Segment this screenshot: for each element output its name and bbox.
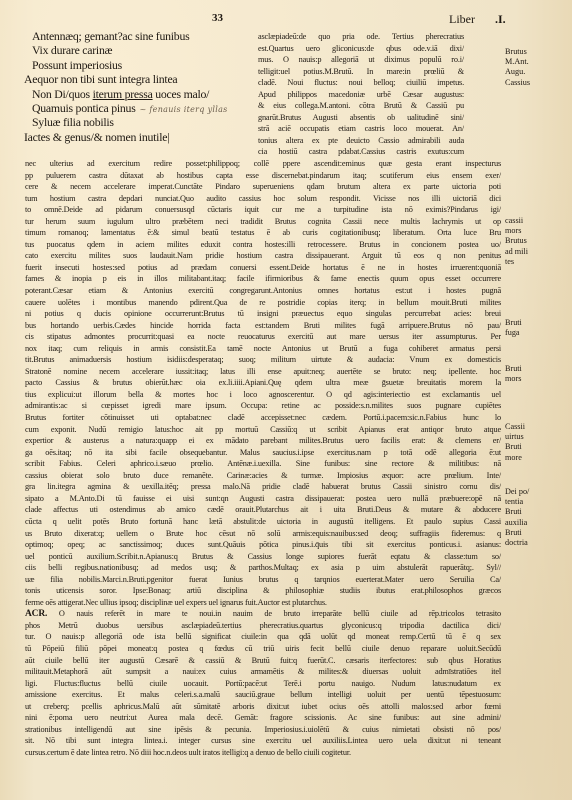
margin-note-line: more xyxy=(505,453,567,463)
commentary-line: Apud philippos macedoniæ urbē Cæsar augu… xyxy=(258,89,464,101)
underlined-phrase: iterum pressa xyxy=(93,87,153,101)
commentary-line: tonius altera ex pte deuicto Cassio admi… xyxy=(258,135,464,147)
book-page: 33 Liber.I. Antennæq; gemant?ac sine fun… xyxy=(0,0,572,800)
verse-line: Antennæq; gemant?ac sine funibus xyxy=(24,29,256,43)
paragraph-mark-initial: ACR. xyxy=(25,609,47,619)
margin-note-line: M.Ant. xyxy=(505,57,567,67)
verse-line: Possunt imperiosius xyxy=(24,58,256,72)
running-head: Liber.I. xyxy=(449,12,506,27)
commentary-line: gnarūt.Brutus Augusti absentis ob ualitu… xyxy=(258,112,464,124)
margin-note-line: Augu. xyxy=(505,67,567,77)
margin-note-line: ad mili xyxy=(505,247,567,257)
commentary-line: scribit Fabius. Celeri aphrico.i.sæuo pr… xyxy=(25,458,501,470)
commentary-line: sipato a M.Anto.Di tū fauisse ei uisi su… xyxy=(25,493,501,505)
commentary-line: & eius collega.M.antoni. cōtra Brutū & C… xyxy=(258,100,464,112)
commentary-line: est.Quartus uero gliconicus:de qbus ode.… xyxy=(258,43,464,55)
commentary-line: amissione exercitus. Et malus celeri.s.a… xyxy=(25,689,501,701)
margin-note-line: doctria xyxy=(505,538,567,548)
commentary-line: tonis uticensis soror. Ipse:Bonaq; artiū… xyxy=(25,585,501,597)
commentary-line: strā aciē occupatis etiam castris loco m… xyxy=(258,123,464,135)
margin-note-line: Bruti xyxy=(505,318,567,328)
commentary-line: expertior & austerus a natura:quapp ei e… xyxy=(25,435,501,447)
commentary-line: cūcta q uelit potēs Bruto fortunā hanc l… xyxy=(25,516,501,528)
commentary-line: cis stipatus admontes procurrit:quasi ea… xyxy=(25,331,501,343)
margin-note-line: tentia xyxy=(505,497,567,507)
verse-line: Aequor non tibi sunt integra lintea xyxy=(24,72,256,86)
commentary-line: cere & necem accelerare imperat.Cunctāte… xyxy=(25,181,501,193)
commentary-line: tur. O nauis:p allegoriā ode ista bellū … xyxy=(25,631,501,643)
commentary-line: poterant.Cæsar etiam & Antonius exercitū… xyxy=(25,285,501,297)
handwritten-annotation: ~ fenauis iterq yllas xyxy=(140,105,228,114)
margin-note-line: Bruti xyxy=(505,528,567,538)
running-head-title: Liber xyxy=(449,12,475,26)
commentary-line: nini ē:poma uero neutri:ut Aurea mala de… xyxy=(25,712,501,724)
commentary-line: Brutus fortiter cōtinuisset uti optabat:… xyxy=(25,412,501,424)
commentary-line: ferme oēs attigerat.Nec ullius ipsoq; di… xyxy=(25,597,501,609)
commentary-line: cato exercitu milites suos laudauit.Nam … xyxy=(25,250,501,262)
commentary-line: phos Metrū duobus uersibus asclæpiadeū.t… xyxy=(25,620,501,632)
commentary-line: mus. O nauis:p allegoriā ut diximus popu… xyxy=(258,54,464,66)
commentary-line: pacto Cassius & brutus obierūt.hæc oia e… xyxy=(25,377,501,389)
commentary-line: bus hortando uerbis.Cædes hincide horrid… xyxy=(25,320,501,332)
ode-verse-block: Antennæq; gemant?ac sine funibus Vix dur… xyxy=(24,29,256,144)
commentary-line: cauere uolētes i montibus manendo pdiren… xyxy=(25,297,501,309)
commentary-full-width: nec ulterius ad exercitum redire posset:… xyxy=(25,158,501,758)
commentary-line: tit.Brutus animaduersis hostium isidiis:… xyxy=(25,354,501,366)
margin-note-line: fuga xyxy=(505,328,567,338)
commentary-line: cum exponit. Nudū remigio latus:hoc ait … xyxy=(25,424,501,436)
margin-note-line: mors xyxy=(505,374,567,384)
commentary-line: sit. Nō tibi sunt integra lintea.i. inte… xyxy=(25,735,501,747)
margin-note-line: Bruti xyxy=(505,442,567,452)
margin-note-line: Cassius xyxy=(505,78,567,88)
commentary-line: gra lin.itegra agmina & uexilla.itēq; pr… xyxy=(25,481,501,493)
commentary-line: to omnē.Deide ad pidarum conuersusqd cūc… xyxy=(25,204,501,216)
margin-note-line: uirtus xyxy=(505,432,567,442)
margin-note-line: Cassii xyxy=(505,422,567,432)
commentary-line: cassius obierat solo bruto duce remanēte… xyxy=(25,470,501,482)
margin-note-line: Brutus xyxy=(505,47,567,57)
commentary-line: ACR. O nauis referēt in mare te noui.in … xyxy=(25,608,501,620)
book-number: .I. xyxy=(495,12,506,26)
verse-line: Non Di/quos iterum pressa uoces malo/ xyxy=(24,87,256,101)
margin-note-dei-potentia: Dei po/ tentia Bruti auxilia Bruti doctr… xyxy=(505,487,567,548)
verse-line: Quamuis pontica pinus~ fenauis iterq yll… xyxy=(24,101,256,115)
verse-line: Syluæ filia nobilis xyxy=(24,115,256,129)
margin-note-line: cassii xyxy=(505,216,567,226)
margin-note-line: auxilia xyxy=(505,518,567,528)
margin-note-bruti-mors: Bruti mors xyxy=(505,364,567,384)
margin-note-line: Bruti xyxy=(505,364,567,374)
commentary-line: strationibus intelligendū aut sine ipēsi… xyxy=(25,724,501,736)
commentary-line: ciis belli regibus.nationibusq; ad medos… xyxy=(25,562,501,574)
commentary-line: nox itaq; cum reliquis in armis consisti… xyxy=(25,343,501,355)
commentary-line: timum romanoq; lamentatus ē:& simul beat… xyxy=(25,227,501,239)
commentary-line: pp puluerem castra dūtaxat ab hostibus c… xyxy=(25,170,501,182)
commentary-line: fames & inopia p eis in illos militabant… xyxy=(25,273,501,285)
commentary-right-column: asclæpiadeū:de quo pria ode. Tertius phe… xyxy=(258,31,464,158)
verse-line-text: Quamuis pontica pinus xyxy=(32,101,136,115)
verse-line-end: uoces malo/ xyxy=(153,87,210,101)
commentary-line: aūt ciuile bellū iter augustū Cæsarē & c… xyxy=(25,655,501,667)
commentary-line: fuerit insecuti hostes:sed potius ad præ… xyxy=(25,262,501,274)
margin-note-cassii-uirtus: Cassii uirtus Bruti more xyxy=(505,422,567,463)
commentary-line: uæ filia nobilis.Marci.n.Bruti.pgenitor … xyxy=(25,574,501,586)
commentary-line: admirantis:ac si cœpisset igredi mare ip… xyxy=(25,400,501,412)
commentary-line: us Bruto dixerat:q; uellem o Brute hoc c… xyxy=(25,528,501,540)
commentary-line: uel ponticū auxilium.Scribit.n.Apianus:q… xyxy=(25,551,501,563)
commentary-line: optimoq; opeq; ac sanctissimoq; duces su… xyxy=(25,539,501,551)
margin-note-brutus-antonius: Brutus M.Ant. Augu. Cassius xyxy=(505,47,567,88)
margin-note-line: tes xyxy=(505,257,567,267)
verse-line-start: Non Di/quos xyxy=(32,87,93,101)
verse-line: Iactes & genus/& nomen inutile| xyxy=(24,130,256,144)
commentary-line: ligi. Fluctus:fluctus bellū ciuile uocau… xyxy=(25,678,501,690)
margin-note-bruti-fuga: Bruti fuga xyxy=(505,318,567,338)
commentary-line: asclæpiadeū:de quo pria ode. Tertius phe… xyxy=(258,31,464,43)
commentary-line: telligit:uel potius.M.Brutū. In mare:in … xyxy=(258,66,464,78)
commentary-line: tus puocatus qdem in aciem milites eduxi… xyxy=(25,239,501,251)
commentary-line: tum hostium castra depdari nunciat.Quo a… xyxy=(25,193,501,205)
commentary-line: clade affectus uti ostendimus ab amico c… xyxy=(25,504,501,516)
commentary-line: Stratonē nomine necem accelerare iussit:… xyxy=(25,366,501,378)
commentary-line: tur herum suum iugulum ultro præbētem ne… xyxy=(25,216,501,228)
commentary-line: cladē. Noui fluctus: noui belloq; ciuili… xyxy=(258,77,464,89)
commentary-line: cursus.certum ē date lintea retro. Nō di… xyxy=(25,747,501,759)
margin-note-cassii-mors: cassii mors Brutus ad mili tes xyxy=(505,216,567,267)
margin-note-line: Brutus xyxy=(505,236,567,246)
commentary-line: tius explicui:ut illorum bella & mortes … xyxy=(25,389,501,401)
commentary-line-text: O nauis referēt in mare te noui.in nauim… xyxy=(47,609,501,618)
margin-note-line: mors xyxy=(505,226,567,236)
commentary-line: militauit.Metaphorā aūt sumpsit a naui:e… xyxy=(25,666,501,678)
commentary-line: nec ulterius ad exercitum redire posset:… xyxy=(25,158,501,170)
margin-note-line: Dei po/ xyxy=(505,487,567,497)
commentary-line: ni potius q ducis opinione occurrerunt:B… xyxy=(25,308,501,320)
folio-number: 33 xyxy=(212,12,223,24)
margin-note-line: Bruti xyxy=(505,507,567,517)
commentary-line: ut creberq; pcellis aphricus.Malū aūt sū… xyxy=(25,701,501,713)
commentary-line: tū Pōpeiū filiū pōpei moneat:q postea q … xyxy=(25,643,501,655)
verse-line: Vix durare carinæ xyxy=(24,43,256,57)
commentary-line: ga oēs.itaq; nō ita sibi facile obsequeb… xyxy=(25,447,501,459)
commentary-line: cia hostiū castra pdabat.Cassius castris… xyxy=(258,146,464,158)
